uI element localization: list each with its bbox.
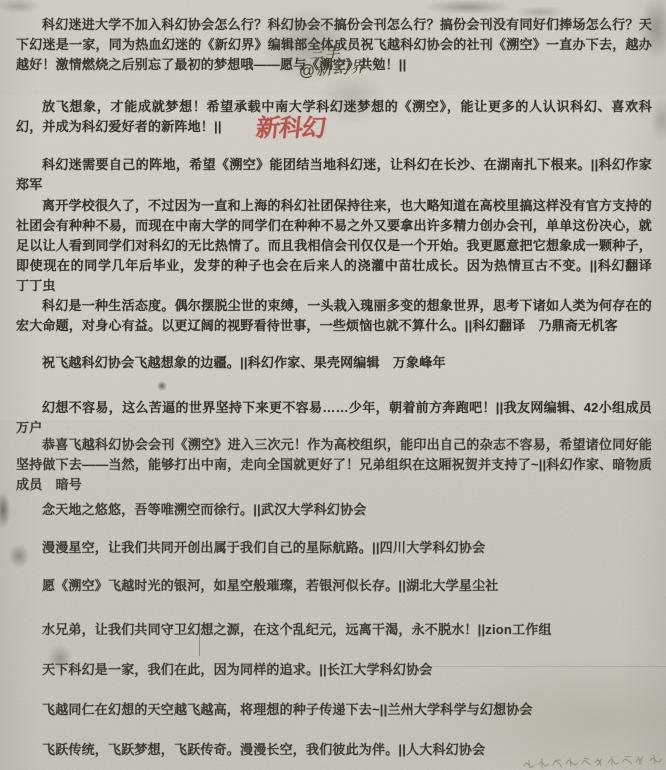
message-paragraph: 愿《溯空》飞越时光的银河，如星空般璀璨，若银河似长存。||湖北大学星尘社 [16,576,652,596]
message-paragraph: 离开学校很久了，不过因为一直和上海的科幻社团保持往来，也大略知道在高校里搞这样没… [16,196,652,296]
message-paragraph: 水兄弟，让我们共同守卫幻想之源，在这个乱纪元，远离干渴，永不脱水！||zion工… [16,620,652,640]
message-paragraph: 科幻是一种生活态度。偶尔摆脱尘世的束缚，一头栽入瑰丽多变的想象世界，思考下诸如人… [16,296,652,336]
handwritten-signature: 三丰 @新幻界 [297,42,367,81]
message-paragraph: 念天地之悠悠，吾等唯溯空而徐行。||武汉大学科幻协会 [16,500,652,520]
message-paragraph: 恭喜飞越科幻协会会刊《溯空》进入三次元！作为高校组织，能印出自己的杂志不容易，希… [16,435,652,495]
message-text: 放飞想象，才能成就梦想！希望承载中南大学科幻迷梦想的《溯空》，能让更多的人认识科… [16,99,652,134]
handwritten-signature-group: @新幻界 [298,59,367,81]
message-paragraph: 飞越同仁在幻想的天空越飞越高，将理想的种子传递下去~||兰州大学科学与幻想协会 [16,700,652,720]
message-paragraph: 漫漫星空，让我们共同开创出属于我们自己的星际航路。||四川大学科幻协会 [16,538,652,558]
message-paragraph: 放飞想象，才能成就梦想！希望承载中南大学科幻迷梦想的《溯空》，能让更多的人认识科… [16,97,652,139]
message-paragraph: 幻想不容易，这么苦逼的世界坚持下来更不容易……少年，朝着前方奔跑吧！||我友网编… [16,398,652,438]
message-paragraph: 天下科幻是一家，我们在此，因为同样的追求。||长江大学科幻协会 [16,660,652,680]
message-paragraph: 祝飞越科幻协会飞越想象的边疆。||科幻作家、果壳网编辑 万象峰年 [16,353,652,373]
message-paragraph: 科幻迷需要自己的阵地，希望《溯空》能团结当地科幻迷，让科幻在长沙、在湖南扎下根来… [16,155,652,195]
scanned-page: 科幻迷进大学不加入科幻协会怎么行？科幻协会不搞份会刊怎么行？搞份会刊没有同好们捧… [0,0,666,770]
xinkehuan-logo: 新科幻 [229,119,326,139]
